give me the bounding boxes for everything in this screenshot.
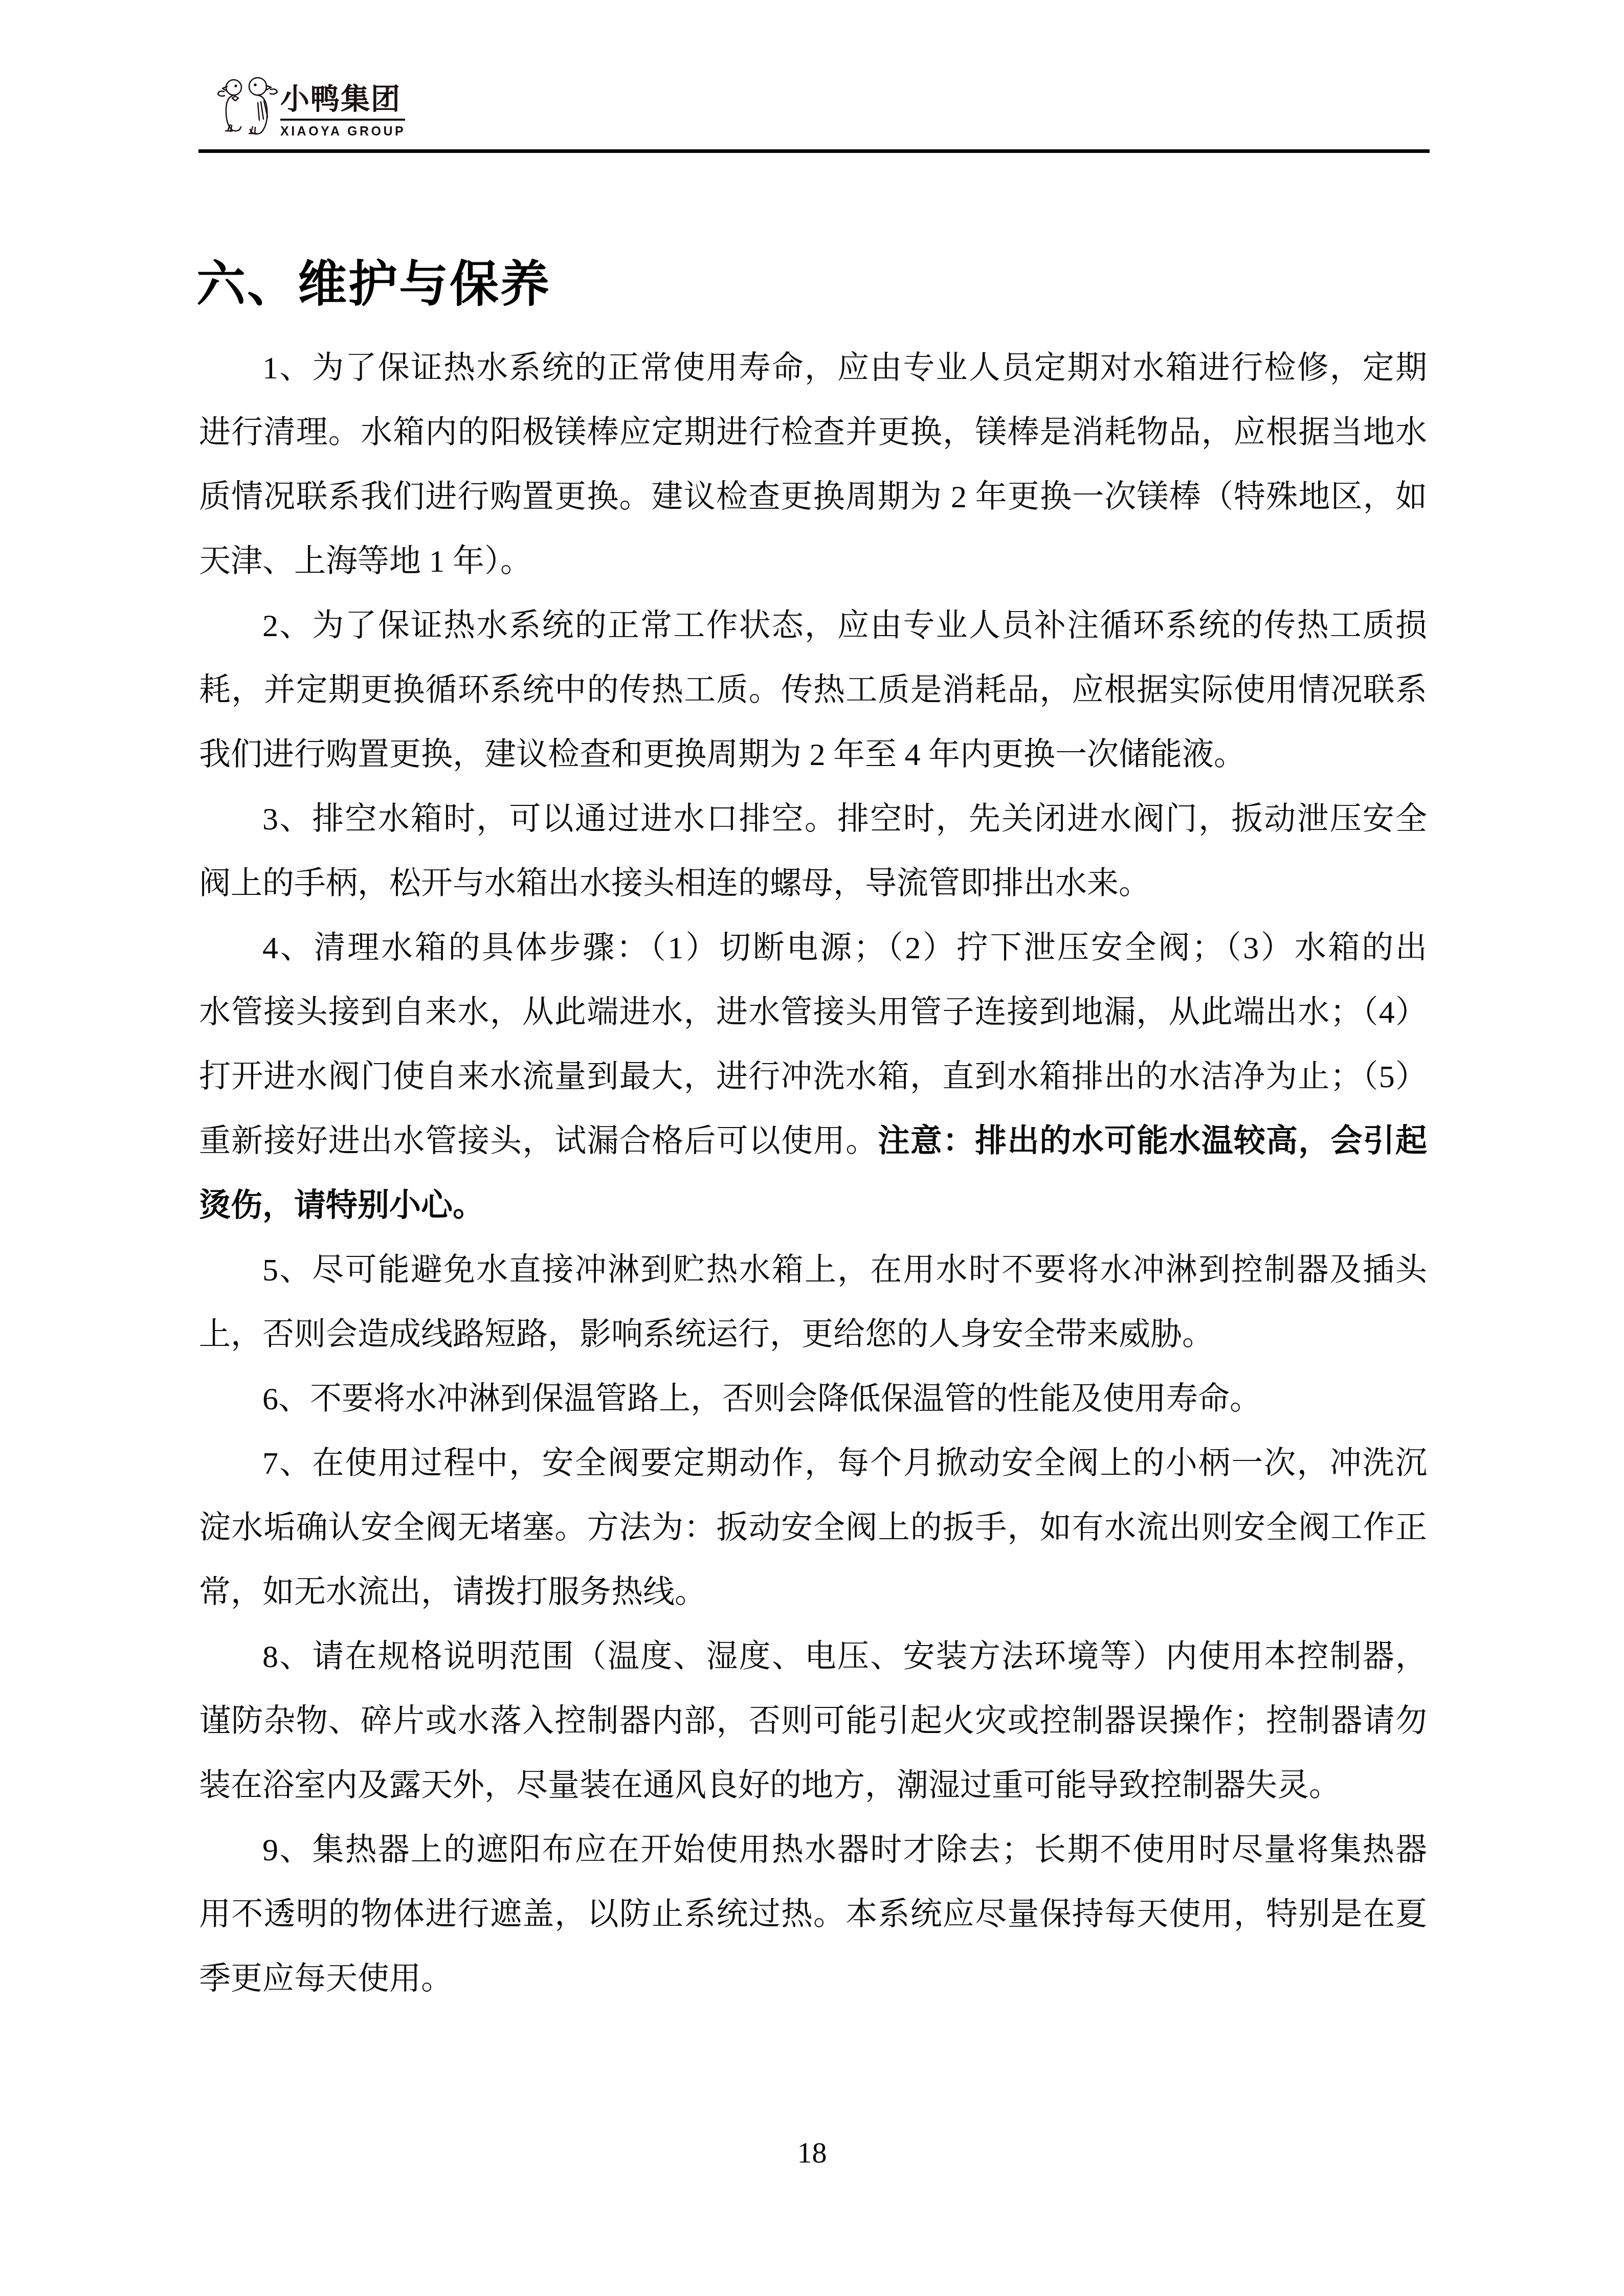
paragraph-line: 5、尽可能避免水直接冲淋到贮热水箱上，在用水时不要将水冲淋到控制器及插头: [199, 1238, 1427, 1302]
paragraph-line: 重新接好进出水管接头，试漏合格后可以使用。注意：排出的水可能水温较高，会引起: [199, 1109, 1427, 1174]
logo-divider-line: [280, 119, 405, 121]
paragraph-line: 质情况联系我们进行购置更换。建议检查更换周期为 2 年更换一次镁棒（特殊地区，如: [199, 465, 1427, 529]
paragraph-line: 常，如无水流出，请拨打服务热线。: [199, 1560, 1427, 1625]
text-segment: 水管接头接到自来水，从此端进水，进水管接头用管子连接到地漏，从此端出水；（4）: [199, 995, 1427, 1030]
paragraph-line: 装在浴室内及露天外，尽量装在通风良好的地方，潮湿过重可能导致控制器失灵。: [199, 1753, 1427, 1818]
paragraph-line: 水管接头接到自来水，从此端进水，进水管接头用管子连接到地漏，从此端出水；（4）: [199, 980, 1427, 1045]
paragraph-line: 1、为了保证热水系统的正常使用寿命，应由专业人员定期对水箱进行检修，定期: [199, 336, 1427, 400]
text-segment: 6、不要将水冲淋到保温管路上，否则会降低保温管的性能及使用寿命。: [262, 1382, 1261, 1416]
paragraph-line: 烫伤，请特别小心。: [199, 1174, 1427, 1238]
text-segment: 装在浴室内及露天外，尽量装在通风良好的地方，潮湿过重可能导致控制器失灵。: [199, 1768, 1341, 1803]
paragraph-line: 阀上的手柄，松开与水箱出水接头相连的螺母，导流管即排出水来。: [199, 851, 1427, 916]
paragraph-line: 用不透明的物体进行遮盖，以防止系统过热。本系统应尽量保持每天使用，特别是在夏: [199, 1882, 1427, 1947]
paragraph-line: 6、不要将水冲淋到保温管路上，否则会降低保温管的性能及使用寿命。: [199, 1367, 1427, 1431]
logo-text-block: 小鸭集团 XIAOYA GROUP: [280, 85, 405, 139]
notice-text-segment: 注意：排出的水可能水温较高，会引起: [878, 1124, 1427, 1159]
notice-text-segment: 烫伤，请特别小心。: [199, 1188, 484, 1223]
text-segment: 季更应每天使用。: [199, 1962, 453, 1996]
section-title: 六、维护与保养: [196, 260, 551, 309]
logo-company-name-cn: 小鸭集团: [280, 85, 405, 114]
text-segment: 用不透明的物体进行遮盖，以防止系统过热。本系统应尽量保持每天使用，特别是在夏: [199, 1897, 1427, 1932]
paragraph-line: 4、清理水箱的具体步骤：（1）切断电源；（2）拧下泄压安全阀；（3）水箱的出: [199, 916, 1427, 980]
text-segment: 质情况联系我们进行购置更换。建议检查更换周期为 2 年更换一次镁棒（特殊地区，如: [199, 480, 1427, 514]
text-segment: 天津、上海等地 1 年）。: [199, 544, 532, 579]
text-segment: 8、请在规格说明范围（温度、湿度、电压、安装方法环境等）内使用本控制器，: [262, 1639, 1427, 1674]
text-segment: 4、清理水箱的具体步骤：（1）切断电源；（2）拧下泄压安全阀；（3）水箱的出: [262, 931, 1427, 965]
text-segment: 3、排空水箱时，可以通过进水口排空。排空时，先关闭进水阀门，扳动泄压安全: [262, 802, 1427, 837]
document-body: 1、为了保证热水系统的正常使用寿命，应由专业人员定期对水箱进行检修，定期进行清理…: [199, 336, 1427, 2011]
two-ducklings-logo-icon: [217, 75, 278, 136]
paragraph-line: 天津、上海等地 1 年）。: [199, 529, 1427, 594]
text-segment: 重新接好进出水管接头，试漏合格后可以使用。: [199, 1124, 878, 1159]
text-segment: 2、为了保证热水系统的正常工作状态，应由专业人员补注循环系统的传热工质损: [262, 609, 1427, 643]
text-segment: 谨防杂物、碎片或水落入控制器内部，否则可能引起火灾或控制器误操作；控制器请勿: [199, 1704, 1427, 1739]
text-segment: 我们进行购置更换，建议检查和更换周期为 2 年至 4 年内更换一次储能液。: [199, 737, 1245, 772]
paragraph-line: 打开进水阀门使自来水流量到最大，进行冲洗水箱，直到水箱排出的水洁净为止；（5）: [199, 1045, 1427, 1109]
text-segment: 上，否则会造成线路短路，影响系统运行，更给您的人身安全带来威胁。: [199, 1317, 1214, 1352]
text-segment: 进行清理。水箱内的阳极镁棒应定期进行检查并更换，镁棒是消耗物品，应根据当地水: [199, 415, 1427, 450]
paragraph-line: 季更应每天使用。: [199, 1947, 1427, 2011]
paragraph-line: 9、集热器上的遮阳布应在开始使用热水器时才除去；长期不使用时尽量将集热器: [199, 1818, 1427, 1882]
page-number: 18: [0, 2135, 1624, 2170]
paragraph-line: 3、排空水箱时，可以通过进水口排空。排空时，先关闭进水阀门，扳动泄压安全: [199, 787, 1427, 851]
paragraph-line: 2、为了保证热水系统的正常工作状态，应由专业人员补注循环系统的传热工质损: [199, 594, 1427, 658]
paragraph-line: 谨防杂物、碎片或水落入控制器内部，否则可能引起火灾或控制器误操作；控制器请勿: [199, 1689, 1427, 1753]
text-segment: 阀上的手柄，松开与水箱出水接头相连的螺母，导流管即排出水来。: [199, 866, 1150, 901]
paragraph-line: 淀水垢确认安全阀无堵塞。方法为：扳动安全阀上的扳手，如有水流出则安全阀工作正: [199, 1496, 1427, 1560]
header-divider-rule: [198, 149, 1430, 153]
text-segment: 常，如无水流出，请拨打服务热线。: [199, 1575, 706, 1610]
paragraph-line: 上，否则会造成线路短路，影响系统运行，更给您的人身安全带来威胁。: [199, 1302, 1427, 1367]
paragraph-line: 进行清理。水箱内的阳极镁棒应定期进行检查并更换，镁棒是消耗物品，应根据当地水: [199, 400, 1427, 465]
text-segment: 耗，并定期更换循环系统中的传热工质。传热工质是消耗品，应根据实际使用情况联系: [199, 673, 1427, 708]
paragraph-line: 耗，并定期更换循环系统中的传热工质。传热工质是消耗品，应根据实际使用情况联系: [199, 658, 1427, 723]
text-segment: 5、尽可能避免水直接冲淋到贮热水箱上，在用水时不要将水冲淋到控制器及插头: [262, 1253, 1427, 1288]
document-page: 小鸭集团 XIAOYA GROUP 六、维护与保养 1、为了保证热水系统的正常使…: [0, 0, 1624, 2296]
text-segment: 打开进水阀门使自来水流量到最大，进行冲洗水箱，直到水箱排出的水洁净为止；（5）: [199, 1060, 1427, 1094]
paragraph-line: 7、在使用过程中，安全阀要定期动作，每个月掀动安全阀上的小柄一次，冲洗沉: [199, 1431, 1427, 1496]
text-segment: 9、集热器上的遮阳布应在开始使用热水器时才除去；长期不使用时尽量将集热器: [262, 1833, 1427, 1867]
text-segment: 1、为了保证热水系统的正常使用寿命，应由专业人员定期对水箱进行检修，定期: [262, 351, 1427, 386]
paragraph-line: 我们进行购置更换，建议检查和更换周期为 2 年至 4 年内更换一次储能液。: [199, 723, 1427, 787]
paragraph-line: 8、请在规格说明范围（温度、湿度、电压、安装方法环境等）内使用本控制器，: [199, 1625, 1427, 1689]
text-segment: 淀水垢确认安全阀无堵塞。方法为：扳动安全阀上的扳手，如有水流出则安全阀工作正: [199, 1511, 1427, 1545]
text-segment: 7、在使用过程中，安全阀要定期动作，每个月掀动安全阀上的小柄一次，冲洗沉: [262, 1446, 1427, 1481]
logo-company-name-en: XIAOYA GROUP: [280, 124, 405, 139]
